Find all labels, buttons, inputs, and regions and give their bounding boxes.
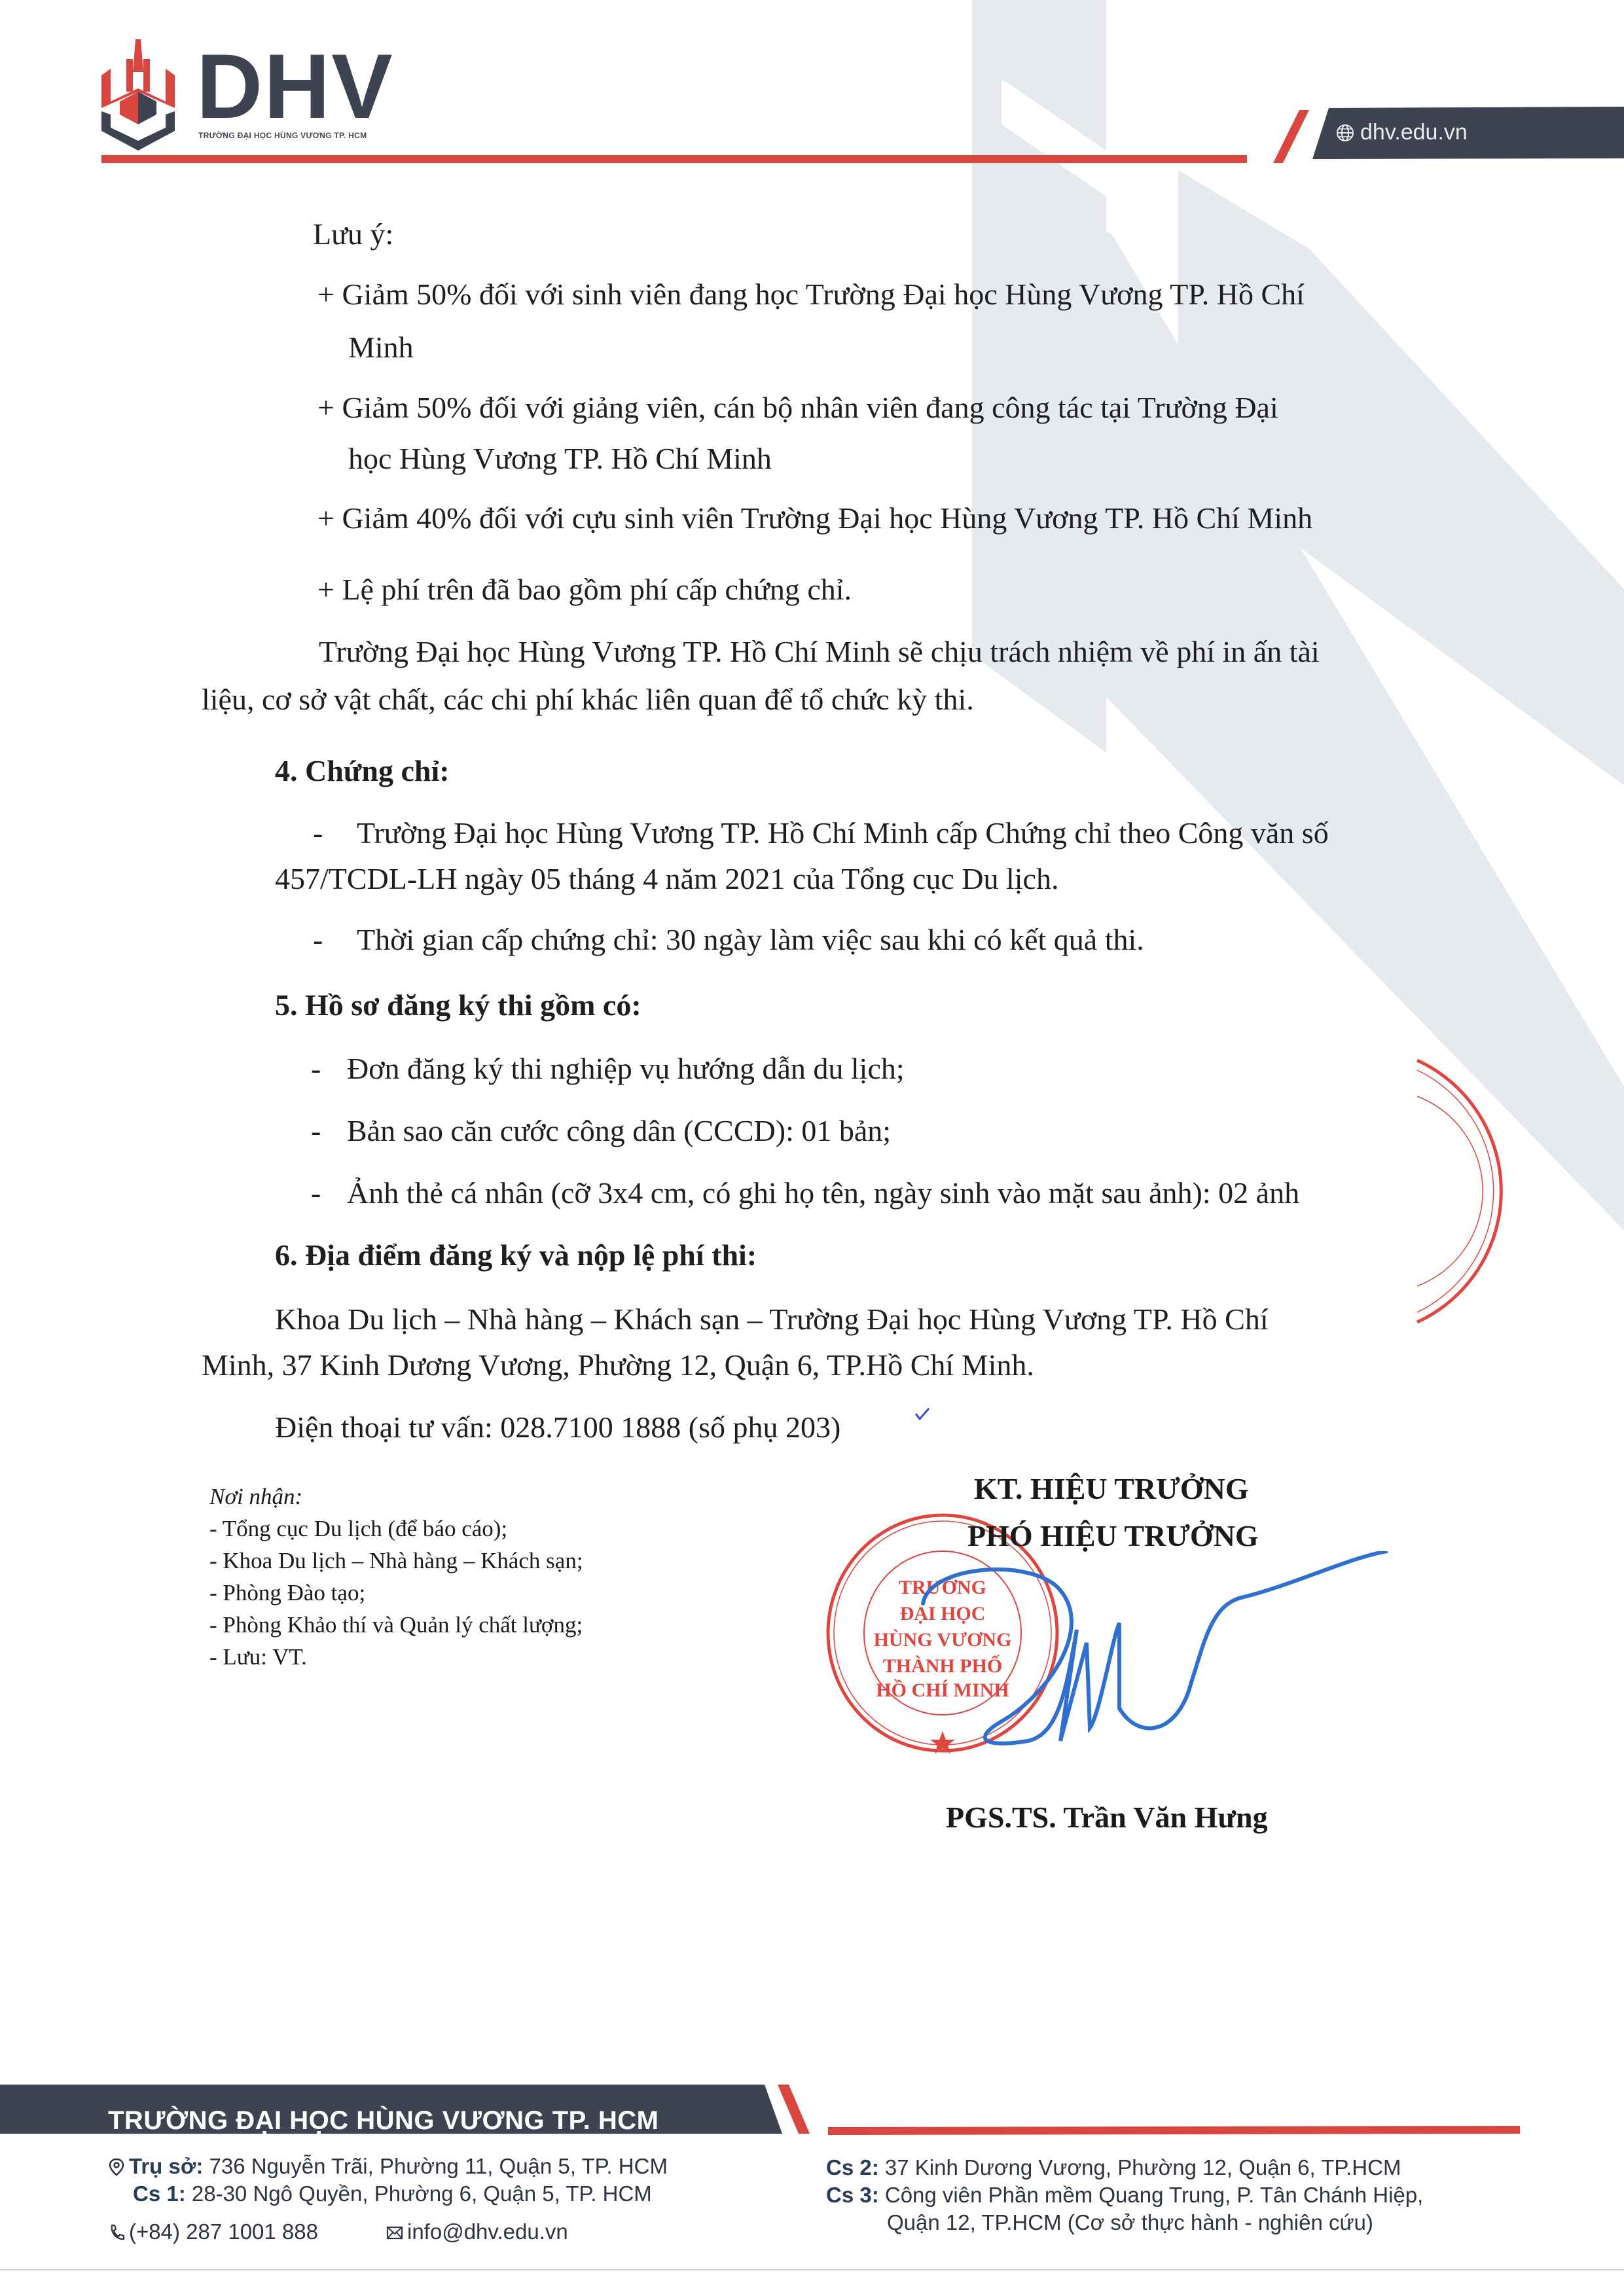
footer-email[interactable]: info@dhv.edu.vn	[386, 2217, 568, 2246]
location-address: Khoa Du lịch – Nhà hàng – Khách sạn – Tr…	[275, 1301, 1269, 1338]
bullet: -	[311, 1175, 321, 1211]
note-item-cont: học Hùng Vương TP. Hồ Chí Minh	[348, 440, 772, 477]
location-address-cont: Minh, 37 Kinh Dương Vương, Phường 12, Qu…	[202, 1347, 1034, 1384]
consult-phone: Điện thoại tư vấn: 028.7100 1888 (số phụ…	[275, 1409, 840, 1446]
footer-phone[interactable]: (+84) 287 1001 888	[108, 2217, 318, 2246]
responsibility-para-cont: liệu, cơ sở vật chất, các chi phí khác l…	[202, 681, 974, 718]
footer-cs3-address: Cs 3: Công viên Phần mềm Quang Trung, P.…	[826, 2181, 1423, 2210]
recipient-item: - Phòng Đào tạo;	[209, 1577, 583, 1609]
bullet: -	[313, 815, 323, 852]
mail-icon	[386, 2223, 403, 2242]
recipients-title: Nơi nhận:	[209, 1480, 583, 1513]
footer-divider	[0, 2269, 1624, 2270]
website-link[interactable]: dhv.edu.vn	[1335, 120, 1468, 145]
certificate-item: Thời gian cấp chứng chỉ: 30 ngày làm việ…	[357, 922, 1144, 958]
phone-icon	[108, 2223, 125, 2242]
signatory-title-2: PHÓ HIỆU TRƯỞNG	[967, 1518, 1259, 1553]
note-item-cont: Minh	[348, 329, 414, 366]
stamp-partial-icon	[1407, 1047, 1525, 1335]
signatory-title-1: KT. HIỆU TRƯỞNG	[974, 1471, 1249, 1506]
recipient-item: - Tổng cục Du lịch (để báo cáo);	[209, 1513, 583, 1545]
note-item: + Lệ phí trên đã bao gồm phí cấp chứng c…	[317, 571, 852, 608]
location-pin-icon	[108, 2158, 125, 2176]
logo-wordmark: DHV	[196, 41, 394, 132]
handwritten-signature-icon	[903, 1551, 1388, 1767]
footer-hq-address: Trụ sở: 736 Nguyễn Trãi, Phường 11, Quận…	[108, 2152, 668, 2181]
bullet: -	[313, 922, 323, 958]
note-heading: Lưu ý:	[313, 216, 393, 253]
recipient-item: - Khoa Du lịch – Nhà hàng – Khách sạn;	[209, 1545, 583, 1577]
note-item: + Giảm 50% đối với giảng viên, cán bộ nh…	[317, 389, 1278, 426]
section-4-heading: 4. Chứng chỉ:	[275, 753, 450, 789]
footer-cs2-address: Cs 2: 37 Kinh Dương Vương, Phường 12, Qu…	[826, 2153, 1401, 2182]
logo-subtitle: TRƯỜNG ĐẠI HỌC HÙNG VƯƠNG TP. HCM	[198, 131, 367, 140]
ink-checkmark-icon	[913, 1406, 931, 1424]
section-5-heading: 5. Hồ sơ đăng ký thi gồm có:	[275, 987, 641, 1024]
footer-cs1-address: Cs 1: 28-30 Ngô Quyền, Phường 6, Quận 5,…	[133, 2179, 652, 2208]
note-item: + Giảm 50% đối với sinh viên đang học Tr…	[317, 276, 1305, 313]
bullet: -	[311, 1113, 321, 1149]
recipients-block: Nơi nhận: - Tổng cục Du lịch (để báo cáo…	[209, 1480, 583, 1673]
section-6-heading: 6. Địa điểm đăng ký và nộp lệ phí thi:	[275, 1237, 757, 1274]
recipient-item: - Phòng Khảo thí và Quản lý chất lượng;	[209, 1609, 583, 1641]
document-item: Đơn đăng ký thi nghiệp vụ hướng dẫn du l…	[347, 1050, 905, 1087]
document-item: Ảnh thẻ cá nhân (cỡ 3x4 cm, có ghi họ tê…	[347, 1175, 1299, 1211]
globe-icon	[1335, 123, 1355, 143]
footer-title: TRƯỜNG ĐẠI HỌC HÙNG VƯƠNG TP. HCM	[108, 2106, 659, 2136]
certificate-item-cont: 457/TCDL-LH ngày 05 tháng 4 năm 2021 của…	[275, 861, 1058, 897]
certificate-item: Trường Đại học Hùng Vương TP. Hồ Chí Min…	[357, 815, 1329, 852]
signatory-name: PGS.TS. Trần Văn Hưng	[946, 1800, 1268, 1835]
document-item: Bản sao căn cước công dân (CCCD): 01 bản…	[347, 1113, 891, 1149]
footer-cs3-address-cont: Quận 12, TP.HCM (Cơ sở thực hành - nghiê…	[887, 2208, 1373, 2237]
responsibility-para: Trường Đại học Hùng Vương TP. Hồ Chí Min…	[319, 634, 1320, 670]
bullet: -	[311, 1050, 321, 1087]
recipient-item: - Lưu: VT.	[209, 1641, 583, 1673]
website-text: dhv.edu.vn	[1360, 120, 1468, 145]
note-item: + Giảm 40% đối với cựu sinh viên Trường …	[317, 500, 1312, 537]
logo-shield-icon	[101, 39, 177, 151]
